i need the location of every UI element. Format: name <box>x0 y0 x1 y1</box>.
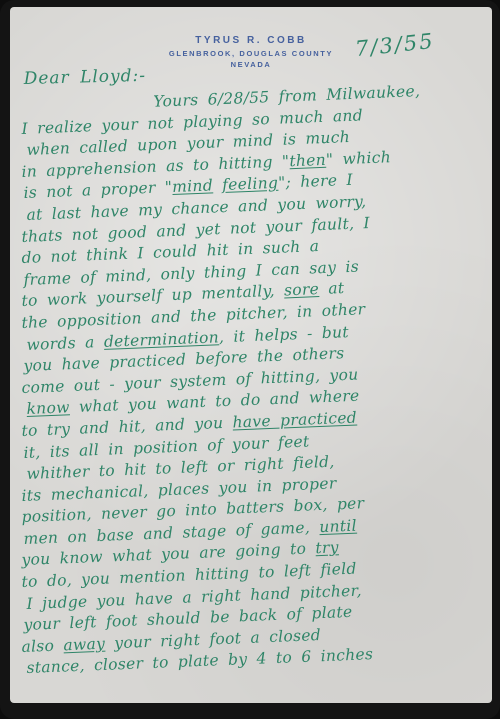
letter-content: Dear Lloyd:- Yours 6/28/55 from Milwauke… <box>22 69 486 680</box>
photo-frame: TYRUS R. COBB GLENBROOK, DOUGLAS COUNTY … <box>0 0 500 719</box>
letter-paper: TYRUS R. COBB GLENBROOK, DOUGLAS COUNTY … <box>10 7 492 703</box>
letter-body: Yours 6/28/55 from Milwaukee, I realize … <box>22 97 486 680</box>
